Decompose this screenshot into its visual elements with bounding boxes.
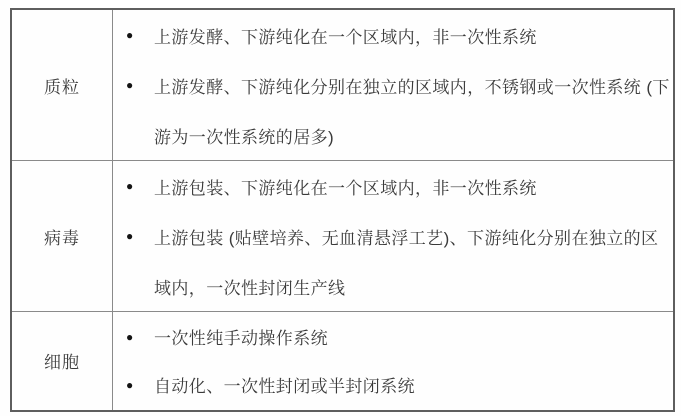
bullet-text: 游为一次性系统的居多) bbox=[154, 123, 334, 148]
bullet-icon: ● bbox=[126, 229, 133, 243]
bullet-text: 上游包装、下游纯化在一个区域内，非一次性系统 bbox=[154, 174, 537, 199]
row-label-virus: 病毒 bbox=[44, 229, 80, 248]
bullet-text: 自动化、一次性封闭或半封闭系统 bbox=[154, 372, 415, 397]
bullet-icon: ● bbox=[126, 78, 133, 92]
bullet-line: ● 上游发酵、下游纯化在一个区域内，非一次性系统 bbox=[113, 10, 673, 60]
bullet-text: 上游发酵、下游纯化分别在独立的区域内，不锈钢或一次性系统 (下 bbox=[154, 73, 670, 98]
table-row-virus: 病毒 ● 上游包装、下游纯化在一个区域内，非一次性系统 ● 上游包装 (贴壁培养… bbox=[11, 161, 674, 312]
row-content-cell-cell: ● 一次性纯手动操作系统 ● 自动化、一次性封闭或半封闭系统 bbox=[113, 312, 675, 411]
bullet-text: 一次性纯手动操作系统 bbox=[154, 324, 328, 349]
bullet-continuation-line: 游为一次性系统的居多) bbox=[113, 110, 673, 160]
row-content-cell-virus: ● 上游包装、下游纯化在一个区域内，非一次性系统 ● 上游包装 (贴壁培养、无血… bbox=[113, 161, 675, 312]
document-page: 质粒 ● 上游发酵、下游纯化在一个区域内，非一次性系统 ● 上游发酵、下游纯化分… bbox=[0, 0, 681, 416]
row-label-cell-type: 细胞 bbox=[44, 353, 80, 372]
bullet-continuation-line: 域内，一次性封闭生产线 bbox=[113, 261, 673, 311]
table-row-plasmid: 质粒 ● 上游发酵、下游纯化在一个区域内，非一次性系统 ● 上游发酵、下游纯化分… bbox=[11, 9, 674, 161]
production-systems-table: 质粒 ● 上游发酵、下游纯化在一个区域内，非一次性系统 ● 上游发酵、下游纯化分… bbox=[10, 8, 675, 412]
bullet-line: ● 上游包装、下游纯化在一个区域内，非一次性系统 bbox=[113, 161, 673, 211]
bullet-line: ● 一次性纯手动操作系统 bbox=[113, 313, 673, 361]
bullet-text: 域内，一次性封闭生产线 bbox=[154, 274, 345, 299]
bullet-line: ● 上游发酵、下游纯化分别在独立的区域内，不锈钢或一次性系统 (下 bbox=[113, 60, 673, 110]
bullet-line: ● 上游包装 (贴壁培养、无血清悬浮工艺)、下游纯化分别在独立的区 bbox=[113, 211, 673, 261]
row-label-plasmid: 质粒 bbox=[44, 78, 80, 97]
bullet-icon: ● bbox=[126, 378, 133, 392]
row-label-cell-plasmid: 质粒 bbox=[11, 9, 113, 161]
bullet-text: 上游发酵、下游纯化在一个区域内，非一次性系统 bbox=[154, 23, 537, 48]
bullet-icon: ● bbox=[126, 330, 133, 344]
bullet-line: ● 自动化、一次性封闭或半封闭系统 bbox=[113, 361, 673, 409]
bullet-icon: ● bbox=[126, 179, 133, 193]
row-content-cell-plasmid: ● 上游发酵、下游纯化在一个区域内，非一次性系统 ● 上游发酵、下游纯化分别在独… bbox=[113, 9, 675, 161]
table-row-cell: 细胞 ● 一次性纯手动操作系统 ● 自动化、一次性封闭或半封闭系统 bbox=[11, 312, 674, 411]
bullet-text: 上游包装 (贴壁培养、无血清悬浮工艺)、下游纯化分别在独立的区 bbox=[154, 224, 658, 249]
row-label-cell-cell: 细胞 bbox=[11, 312, 113, 411]
bullet-icon: ● bbox=[126, 28, 133, 42]
row-label-cell-virus: 病毒 bbox=[11, 161, 113, 312]
